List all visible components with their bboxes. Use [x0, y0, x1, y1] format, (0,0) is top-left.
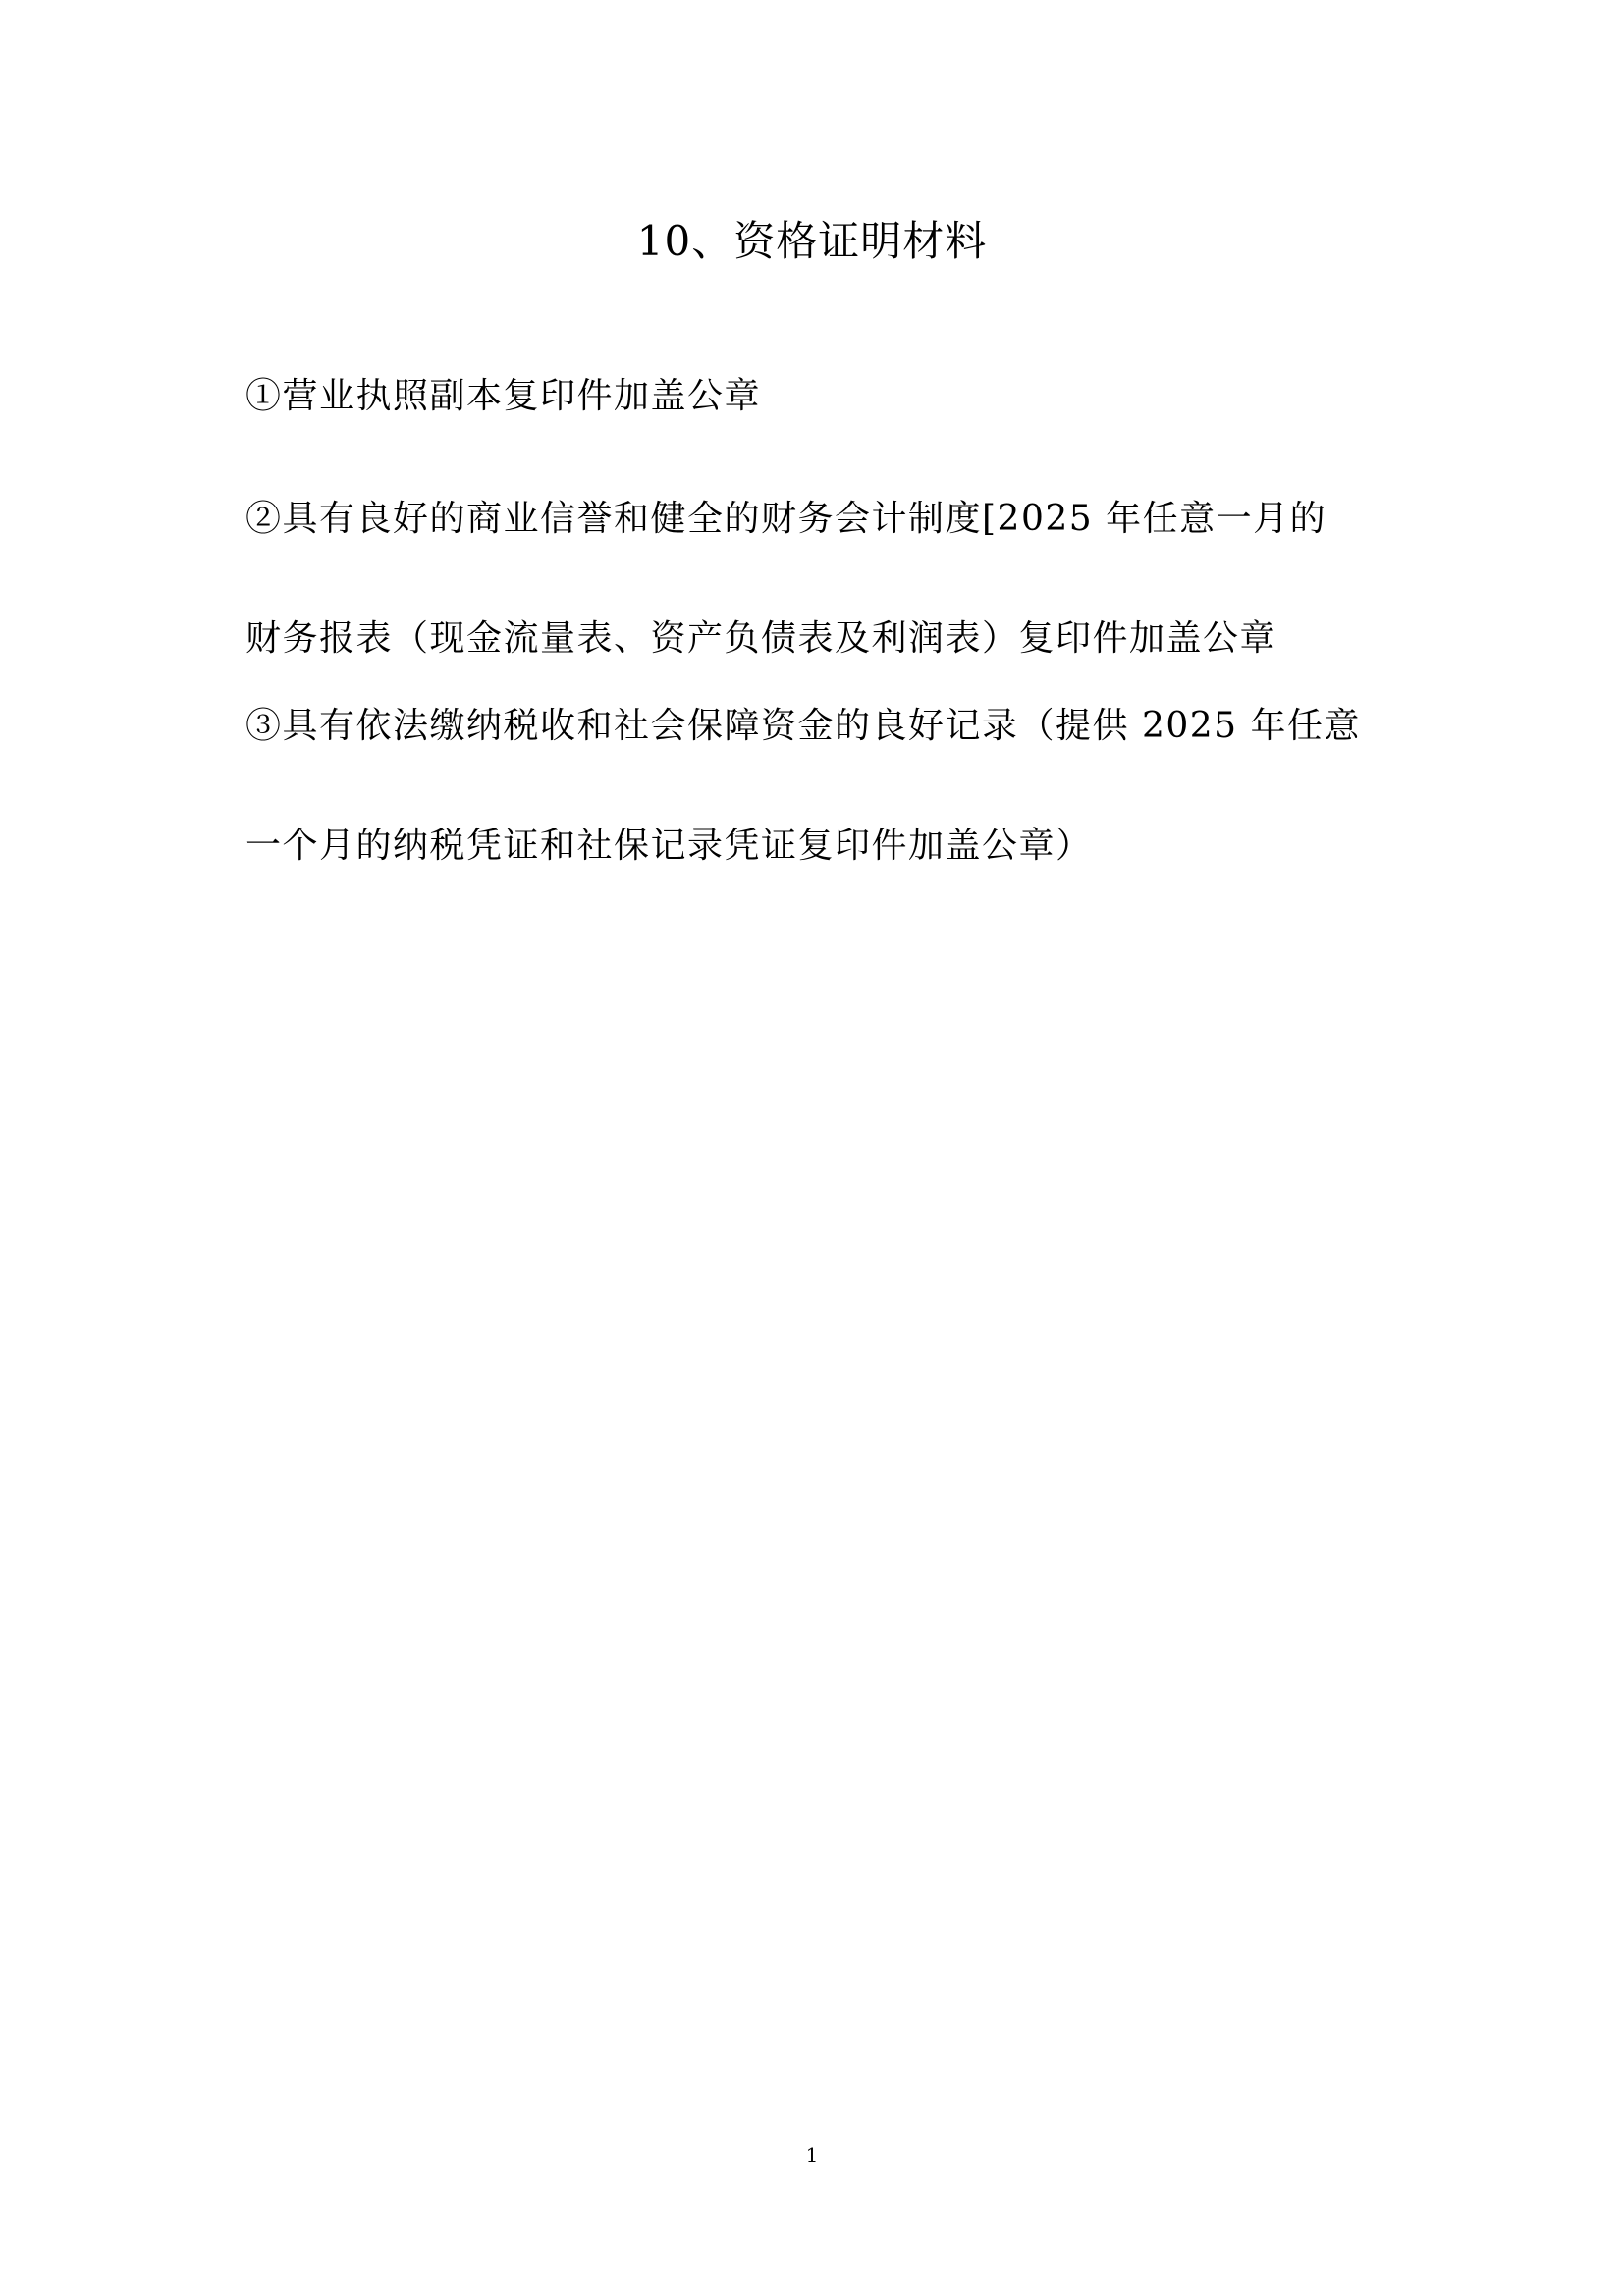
list-item-tax-social-security: ③具有依法缴纳税收和社会保障资金的良好记录（提供 2025 年任意 一个月的纳税…: [245, 703, 1394, 870]
page-number: 1: [0, 2143, 1624, 2166]
list-item-line: ①营业执照副本复印件加盖公章: [245, 373, 1394, 420]
list-item-line: ③具有依法缴纳税收和社会保障资金的良好记录（提供 2025 年任意: [245, 703, 1394, 750]
list-item-line: ②具有良好的商业信誉和健全的财务会计制度[2025 年任意一月的: [245, 496, 1394, 543]
page-title: 10、资格证明材料: [0, 214, 1624, 269]
list-item-financial-statements: ②具有良好的商业信誉和健全的财务会计制度[2025 年任意一月的 财务报表（现金…: [245, 496, 1394, 663]
list-item-line: 财务报表（现金流量表、资产负债表及利润表）复印件加盖公章: [245, 615, 1394, 663]
list-item-line: 一个月的纳税凭证和社保记录凭证复印件加盖公章）: [245, 823, 1394, 870]
list-item-business-license: ①营业执照副本复印件加盖公章: [245, 373, 1394, 420]
